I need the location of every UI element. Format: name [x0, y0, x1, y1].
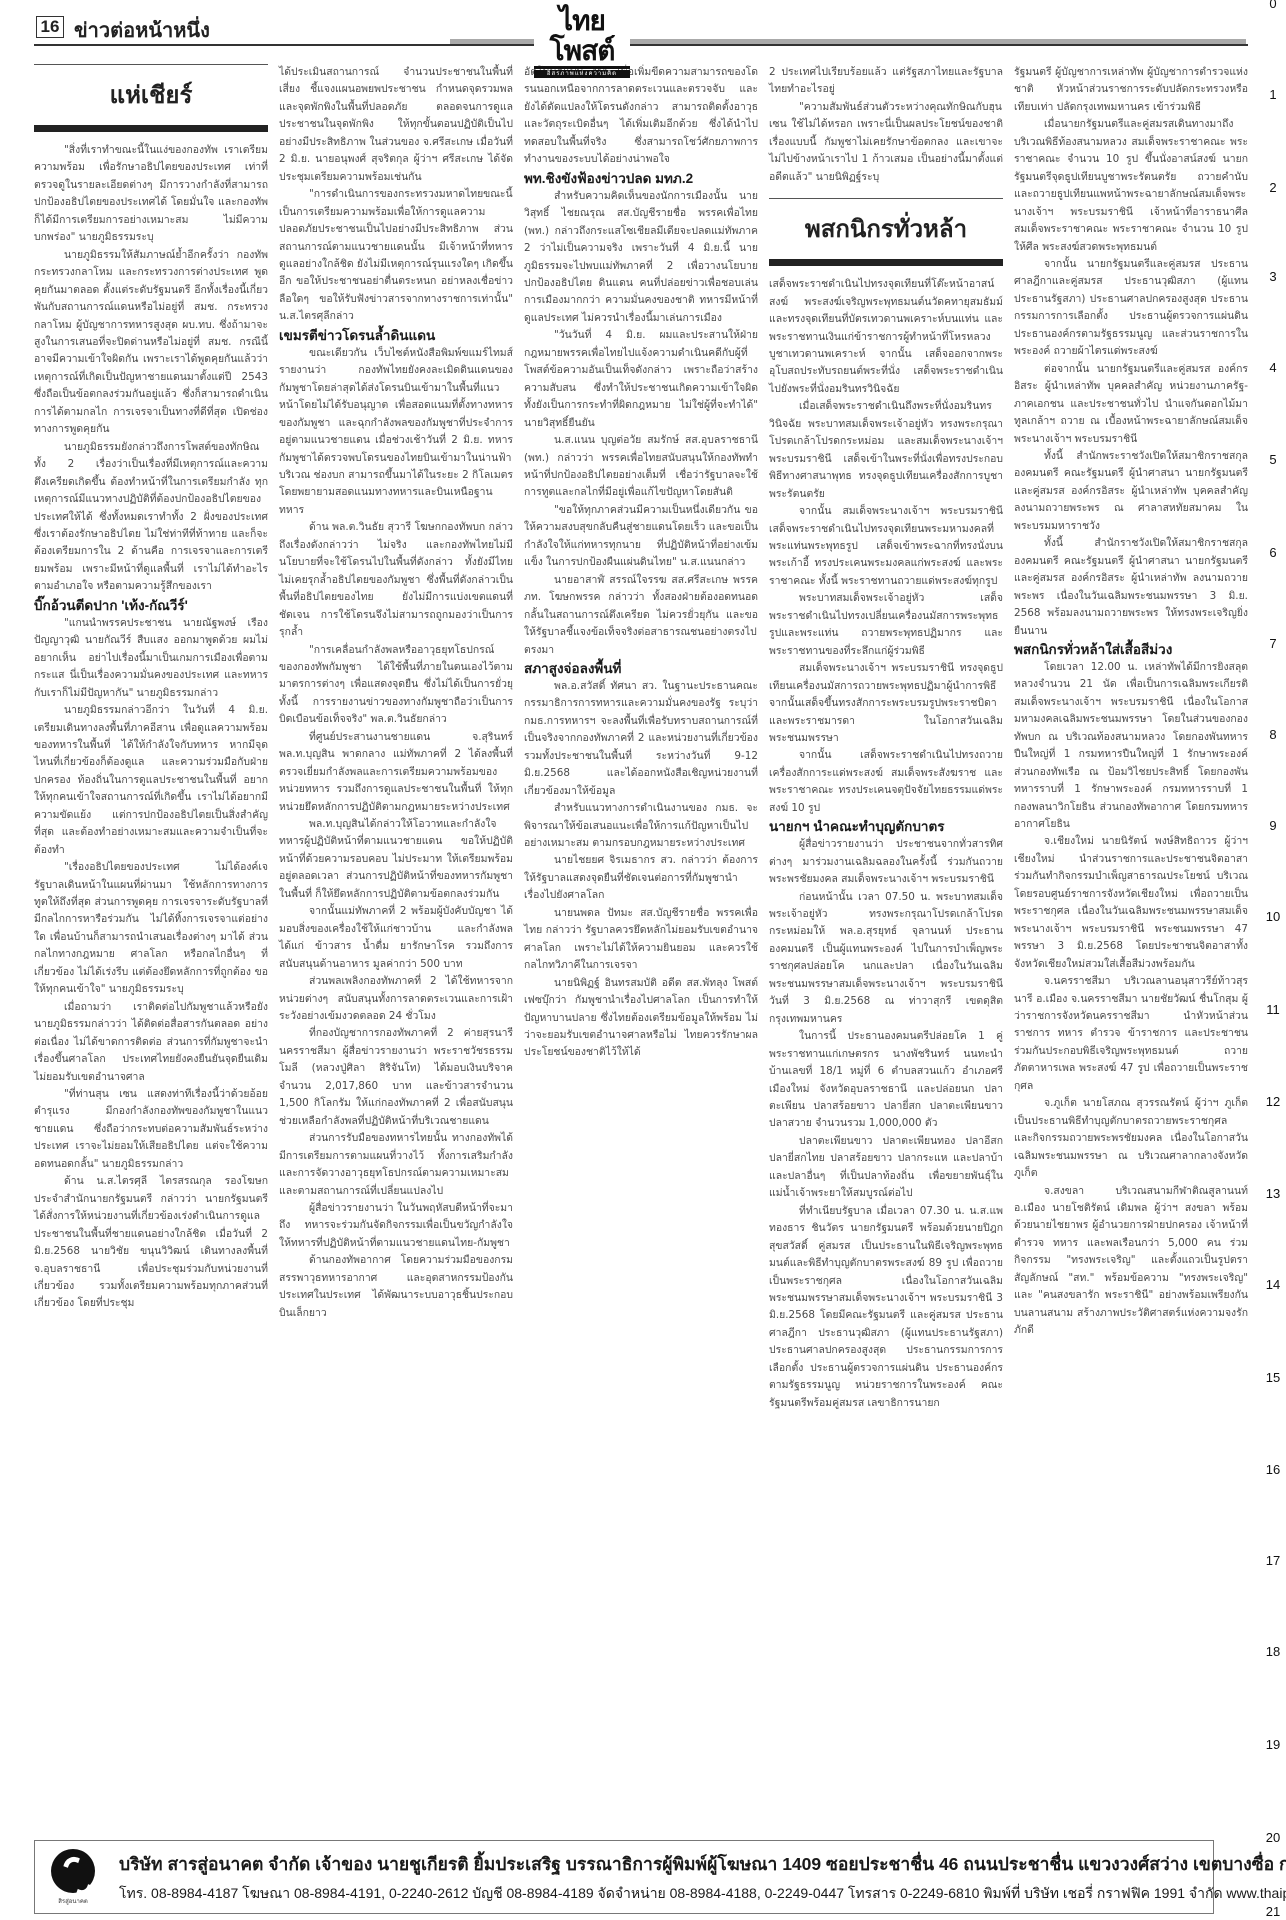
article-subhead: พท.ชิงขังฟ้องข่าวปลด มทภ.2: [524, 169, 758, 188]
publisher-logo: สิรสู่อนาคต: [47, 1849, 99, 1909]
article-paragraph: นายนิพิฏฐ์ อินทรสมบัติ อดีต สส.พัทลุง โพ…: [524, 975, 758, 1062]
publisher-info: บริษัท สารสู่อนาคต จำกัด เจ้าของ นายชูเก…: [119, 1850, 1286, 1878]
article-paragraph: นายไชยยศ จิรเมธากร สว. กล่าวว่า ต้องการใ…: [524, 852, 758, 904]
margin-line-number: 13: [1262, 1186, 1284, 1201]
article-paragraph: จ.ภูเก็ต นายโสภณ สุวรรณรัตน์ ผู้ว่าฯ ภูเ…: [1014, 1095, 1248, 1182]
article-paragraph: "ขอให้ทุกภาคส่วนมีความเป็นหนึ่งเดียวกัน …: [524, 502, 758, 572]
section-header: แห่เชียร์: [34, 64, 268, 132]
masthead-title: ไทยโพสต์: [534, 6, 630, 69]
margin-line-number: 14: [1262, 1277, 1284, 1292]
article-paragraph: ทั้งนี้ สำนักราชวังเปิดให้สมาชิกราชสกุล …: [1014, 535, 1248, 640]
article-paragraph: ได้ประเมินสถานการณ์ จำนวนประชาชนในพื้นที…: [279, 64, 513, 186]
article-subhead: เขมรตีข่าวโดรนล้ำดินแดน: [279, 326, 513, 345]
article-paragraph: เมื่อถามว่า เราติดต่อไปกัมพูชาแล้วหรือยั…: [34, 999, 268, 1086]
masthead-logo: ไทยโพสต์ อิสรภาพแห่งความคิด: [534, 6, 630, 46]
article-paragraph: ผู้สื่อข่าวรายงานว่า ในวันพฤหัสบดีหน้าที…: [279, 1200, 513, 1252]
article-paragraph: ส่วนพลเพลิงกองทัพภาคที่ 2 ได้ใช้ทหารจากห…: [279, 973, 513, 1025]
article-paragraph: เสด็จพระราชดำเนินไปทรงจุดเทียนที่โต๊ะหน้…: [769, 276, 1003, 398]
publisher-footer: สิรสู่อนาคต บริษัท สารสู่อนาคต จำกัด เจ้…: [34, 1840, 1214, 1914]
article-paragraph: ด้าน น.ส.ไตรศุลี ไตรสรณกุล รองโฆษกประจำส…: [34, 1173, 268, 1313]
article-paragraph: โดยเวลา 12.00 น. เหล่าทัพได้มีการยิงสลุต…: [1014, 659, 1248, 834]
article-paragraph: จ.นครราชสีมา บริเวณลานอนุสาวรีย์ท้าวสุรน…: [1014, 973, 1248, 1095]
article-paragraph: จากนั้น นายกรัฐมนตรีและคู่สมรส ประธานศาล…: [1014, 256, 1248, 361]
column-1: แห่เชียร์ "สิ่งที่เราทำขณะนี้ในแง่ของกอง…: [34, 64, 268, 1313]
margin-line-number: 5: [1262, 452, 1284, 467]
article-paragraph: นายภูมิธรรมให้สัมภาษณ์ย้ำอีกครั้งว่า กอง…: [34, 247, 268, 439]
publisher-logo-icon: [51, 1849, 95, 1893]
article-paragraph: สมเด็จพระนางเจ้าฯ พระบรมราชินี ทรงจุดธูป…: [769, 660, 1003, 747]
section-title: แห่เชียร์: [34, 79, 268, 113]
article-paragraph: นายภูมิธรรมกล่าวอีกว่า ในวันที่ 4 มิ.ย. …: [34, 702, 268, 859]
margin-line-number: 15: [1262, 1370, 1284, 1385]
article-paragraph: นายนพดล ปัทมะ สส.บัญชีรายชื่อ พรรคเพื่อไ…: [524, 905, 758, 975]
article-paragraph: ปลาตะเพียนขาว ปลาตะเพียนทอง ปลาอีสก ปลาย…: [769, 1133, 1003, 1203]
article-paragraph: ต่อจากนั้น นายกรัฐมนตรีและคู่สมรส องค์กร…: [1014, 361, 1248, 448]
margin-line-number: 12: [1262, 1094, 1284, 1109]
section-header: พสกนิกรทั่วหล้า: [769, 198, 1003, 266]
article-paragraph: ด้าน พล.ต.วินธัย สุวารี โฆษกกองทัพบก กล่…: [279, 519, 513, 641]
article-paragraph: พล.อ.สวัสดิ์ ทัศนา สว. ในฐานะประธานคณะกร…: [524, 678, 758, 800]
margin-line-number: 2: [1262, 180, 1284, 195]
column-body: "สิ่งที่เราทำขณะนี้ในแง่ของกองทัพ เราเตร…: [34, 142, 268, 1313]
column-body: อัตโนมัติแบบ M4 เพื่อเพิ่มขีดความสามารถข…: [524, 64, 758, 1062]
article-subhead: บิ๊กอ้วนตีดปาก 'เท้ง-กัณวีร์': [34, 596, 268, 615]
column-5: รัฐมนตรี ผู้บัญชาการเหล่าทัพ ผู้บัญชาการ…: [1014, 64, 1248, 1340]
column-body: ได้ประเมินสถานการณ์ จำนวนประชาชนในพื้นที…: [279, 64, 513, 1322]
article-paragraph: เมื่อเสด็จพระราชดำเนินถึงพระที่นั่งอมริน…: [769, 398, 1003, 503]
article-paragraph: ที่ศูนย์ประสานงานชายแดน จ.สุรินทร์ พล.ท.…: [279, 729, 513, 816]
article-paragraph: สำหรับแนวทางการดำเนินงานของ กมธ. จะพิจาร…: [524, 800, 758, 852]
margin-line-number: 20: [1262, 1830, 1284, 1845]
article-paragraph: ที่กองบัญชาการกองทัพภาคที่ 2 ค่ายสุรนารี…: [279, 1025, 513, 1130]
article-paragraph: สำหรับความคิดเห็นของนักการเมืองนั้น นายว…: [524, 188, 758, 328]
masthead-tagline: อิสรภาพแห่งความคิด: [534, 70, 630, 78]
publisher-contact: โทร. 08-8984-4187 โฆษณา 08-8984-4191, 0-…: [119, 1883, 1286, 1905]
article-paragraph: 2 ประเทศไปเรียบร้อยแล้ว แต่รัฐสภาไทยและร…: [769, 64, 1003, 99]
section-divider: [34, 125, 268, 132]
article-paragraph: พล.ท.บุญสินได้กล่าวให้โอวาทและกำลังใจทหา…: [279, 816, 513, 903]
article-paragraph: "สิ่งที่เราทำขณะนี้ในแง่ของกองทัพ เราเตร…: [34, 142, 268, 247]
article-paragraph: "การดำเนินการของกระทรวงมหาดไทยขณะนี้ เป็…: [279, 186, 513, 326]
article-paragraph: ส่วนการรับมือของทหารไทยนั้น ทางกองทัพได้…: [279, 1130, 513, 1200]
article-paragraph: อัตโนมัติแบบ M4 เพื่อเพิ่มขีดความสามารถข…: [524, 64, 758, 169]
article-paragraph: "เรื่องอธิปไตยของประเทศ ไม่ได้องค์เจ รัฐ…: [34, 859, 268, 999]
article-paragraph: จ.สงขลา บริเวณสนามกีฬาติณสูลานนท์ อ.เมือ…: [1014, 1183, 1248, 1340]
margin-line-number: 7: [1262, 636, 1284, 651]
article-paragraph: น.ส.แนน บุญต่อวัย สมรักษ์ สส.อุบลราชธานี…: [524, 432, 758, 502]
article-paragraph: ด้านกองทัพอากาศ โดยความร่วมมือของกรมสรรพ…: [279, 1252, 513, 1322]
article-paragraph: จากนั้น เสด็จพระราชดำเนินไปทรงถวายเครื่อ…: [769, 747, 1003, 817]
article-paragraph: เมื่อนายกรัฐมนตรีและคู่สมรสเดินทางมาถึงบ…: [1014, 116, 1248, 256]
article-paragraph: นายอาสาฬ์ สรรณ์ใจรรฆ สส.ศรีสะเกษ พรรคภท.…: [524, 572, 758, 659]
publisher-logo-caption: สิรสู่อนาคต: [47, 1896, 99, 1906]
article-paragraph: "การเคลื่อนกำลังพลหรืออาวุธยุทโธปกรณ์ของ…: [279, 642, 513, 729]
article-paragraph: จากนั้น สมเด็จพระนางเจ้าฯ พระบรมราชินี เ…: [769, 503, 1003, 590]
article-paragraph: "ที่ท่านสุน เซน แสดงท่าทีเรื่องนี้ว่าด้ว…: [34, 1086, 268, 1173]
article-subhead: พสกนิกรทั่วหล้าใส่เสื้อสีม่วง: [1014, 640, 1248, 659]
header-rule: [34, 44, 1248, 46]
margin-line-number: 16: [1262, 1462, 1284, 1477]
article-paragraph: ขณะเดียวกัน เว็บไซต์หนังสือพิมพ์ขแมร์ไทม…: [279, 345, 513, 520]
section-divider: [769, 259, 1003, 266]
margin-line-number: 1: [1262, 87, 1284, 102]
column-body: รัฐมนตรี ผู้บัญชาการเหล่าทัพ ผู้บัญชาการ…: [1014, 64, 1248, 1340]
section-title: พสกนิกรทั่วหล้า: [769, 213, 1003, 247]
article-paragraph: ทั้งนี้ สำนักพระราชวังเปิดให้สมาชิกราชสก…: [1014, 448, 1248, 535]
article-paragraph: นายภูมิธรรมยังกล่าวถึงการโพสต์ของทักษิณท…: [34, 439, 268, 596]
column-4: 2 ประเทศไปเรียบร้อยแล้ว แต่รัฐสภาไทยและร…: [769, 64, 1003, 1412]
article-paragraph: ผู้สื่อข่าวรายงานว่า ประชาชนจากทั่วสารทิ…: [769, 836, 1003, 888]
article-paragraph: ก่อนหน้านั้น เวลา 07.50 น. พระบาทสมเด็จพ…: [769, 889, 1003, 1029]
margin-line-number: 11: [1262, 1002, 1284, 1017]
newspaper-page: 16 ข่าวต่อหน้าหนึ่ง ไทยโพสต์ อิสรภาพแห่ง…: [34, 0, 1248, 1920]
article-paragraph: ในการนี้ ประธานองคมนตรีปล่อยโค 1 คู่ พระ…: [769, 1028, 1003, 1133]
column-3: อัตโนมัติแบบ M4 เพื่อเพิ่มขีดความสามารถข…: [524, 64, 758, 1062]
page-header: 16 ข่าวต่อหน้าหนึ่ง ไทยโพสต์ อิสรภาพแห่ง…: [34, 0, 1248, 60]
article-paragraph: ที่ทำเนียบรัฐบาล เมื่อเวลา 07.30 น. น.ส.…: [769, 1203, 1003, 1412]
margin-line-number: 3: [1262, 269, 1284, 284]
margin-line-number: 19: [1262, 1737, 1284, 1752]
margin-line-number: 8: [1262, 727, 1284, 742]
column-body: 2 ประเทศไปเรียบร้อยแล้ว แต่รัฐสภาไทยและร…: [769, 64, 1003, 1412]
article-subhead: นายกฯ นำคณะทำบุญตักบาตร: [769, 817, 1003, 836]
margin-line-number: 10: [1262, 909, 1284, 924]
article-paragraph: รัฐมนตรี ผู้บัญชาการเหล่าทัพ ผู้บัญชาการ…: [1014, 64, 1248, 116]
page-number: 16: [36, 16, 64, 38]
article-paragraph: พระบาทสมเด็จพระเจ้าอยู่หัว เสด็จพระราชดำ…: [769, 590, 1003, 660]
margin-line-number: 0: [1262, 0, 1284, 11]
margin-line-number: 17: [1262, 1553, 1284, 1568]
margin-line-number: 21: [1262, 1904, 1284, 1919]
margin-line-number: 9: [1262, 818, 1284, 833]
margin-line-number: 18: [1262, 1644, 1284, 1659]
article-paragraph: จ.เชียงใหม่ นายนิรัตน์ พงษ์สิทธิถาวร ผู้…: [1014, 833, 1248, 973]
margin-line-numbers: 0123456789101112131415161718192021: [1262, 0, 1286, 1920]
article-paragraph: จากนั้นแม่ทัพภาคที่ 2 พร้อมผู้บังคับบัญช…: [279, 903, 513, 973]
column-2: ได้ประเมินสถานการณ์ จำนวนประชาชนในพื้นที…: [279, 64, 513, 1322]
section-label: ข่าวต่อหน้าหนึ่ง: [74, 14, 210, 46]
margin-line-number: 6: [1262, 545, 1284, 560]
article-paragraph: "วันวันที่ 4 มิ.ย. ผมและประสานให้ฝ่ายกฎห…: [524, 327, 758, 432]
article-paragraph: "ความสัมพันธ์ส่วนตัวระหว่างคุณทักษิณกับฮ…: [769, 99, 1003, 186]
article-subhead: สภาสูงจ่อลงพื้นที่: [524, 659, 758, 678]
margin-line-number: 4: [1262, 360, 1284, 375]
article-paragraph: "แกนนำพรรคประชาชน นายณัฐพงษ์ เรืองปัญญาว…: [34, 615, 268, 702]
